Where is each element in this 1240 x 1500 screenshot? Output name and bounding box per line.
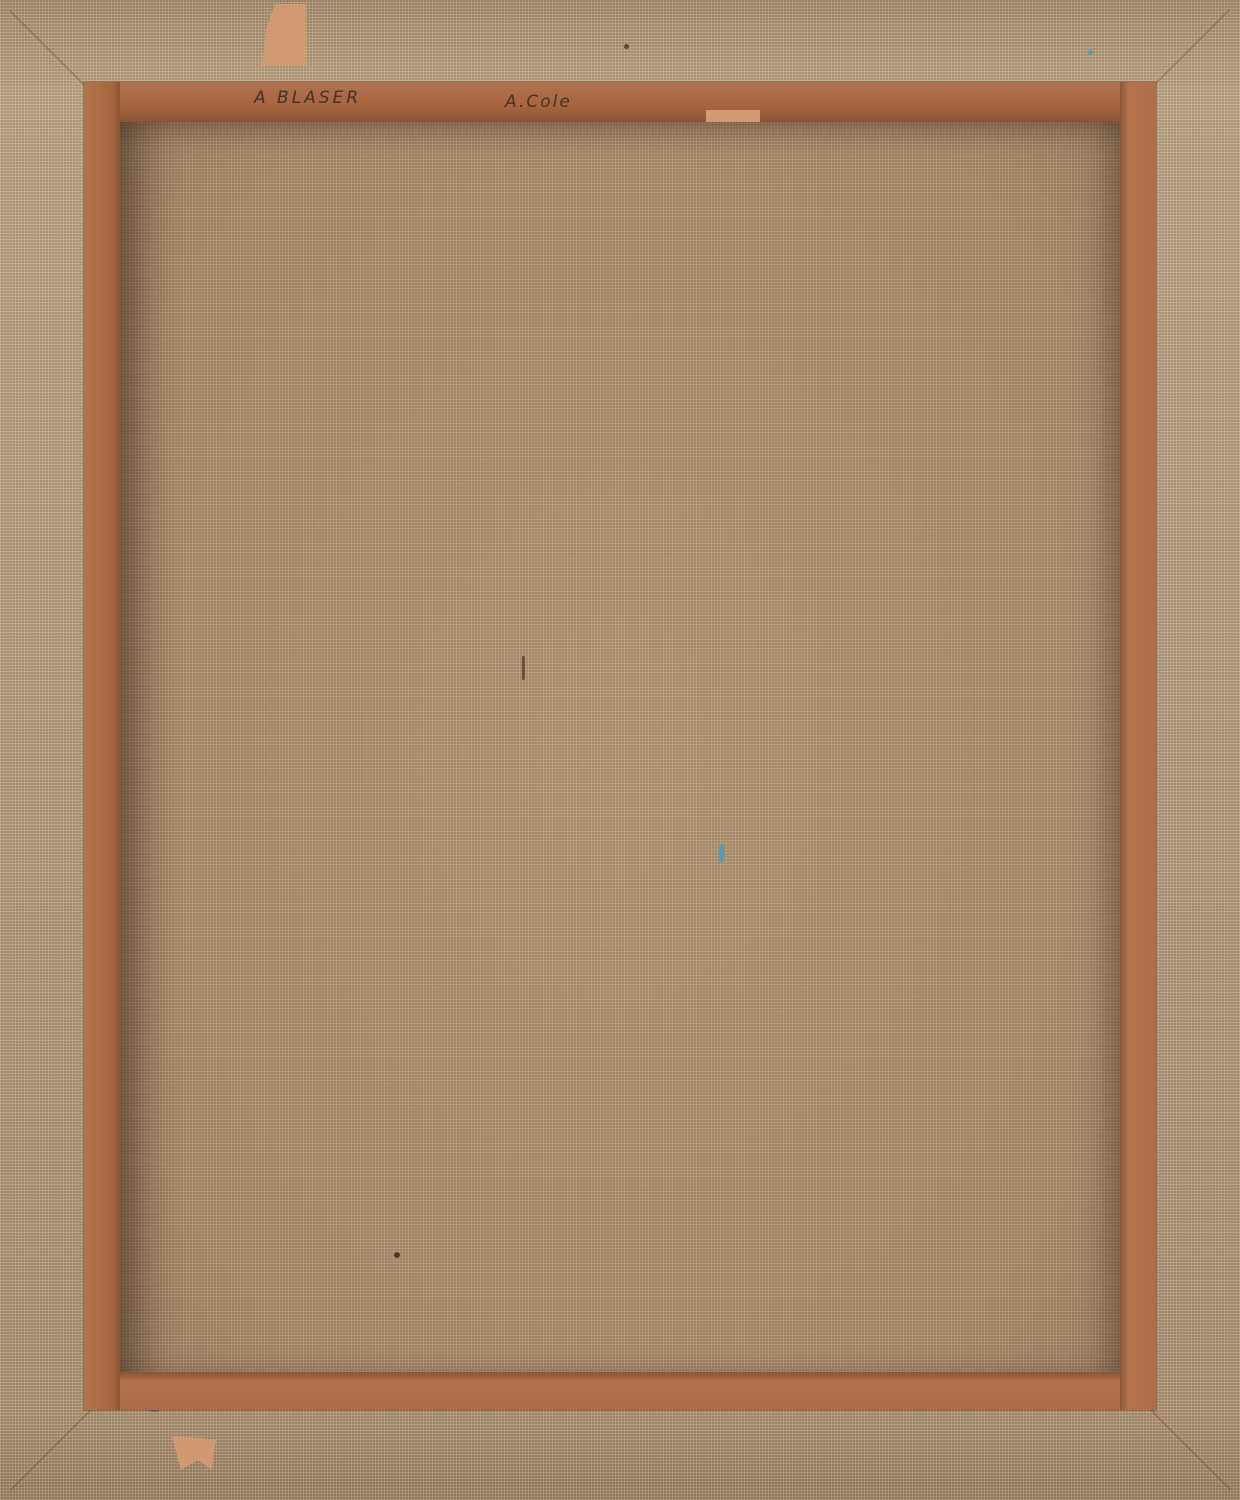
stretcher-bar-bottom	[84, 1372, 1156, 1410]
inscription-signature-right: A.Cole	[505, 92, 572, 112]
inscription-signature-left: A BLASER	[254, 88, 361, 108]
corner-seam-bottom-left	[10, 1402, 99, 1491]
stain-spot-left	[394, 1252, 400, 1258]
stretcher-bar-left	[84, 82, 120, 1410]
stretcher-bar-right	[1120, 82, 1156, 1410]
tape-fragment-bottom	[172, 1436, 216, 1470]
paint-fleck-top-right	[1088, 50, 1093, 55]
canvas-back-linen: A BLASER A.Cole	[0, 0, 1240, 1500]
canvas-reverse-panel	[120, 122, 1120, 1372]
tape-fragment-top	[262, 4, 306, 66]
ink-mark-center	[522, 656, 525, 680]
stretcher-bar-top	[84, 82, 1156, 122]
nail-hole-top	[624, 44, 629, 49]
tape-strip-top-bar	[706, 110, 760, 122]
corner-seam-bottom-right	[1142, 1401, 1231, 1490]
blue-paint-fleck	[719, 844, 724, 862]
